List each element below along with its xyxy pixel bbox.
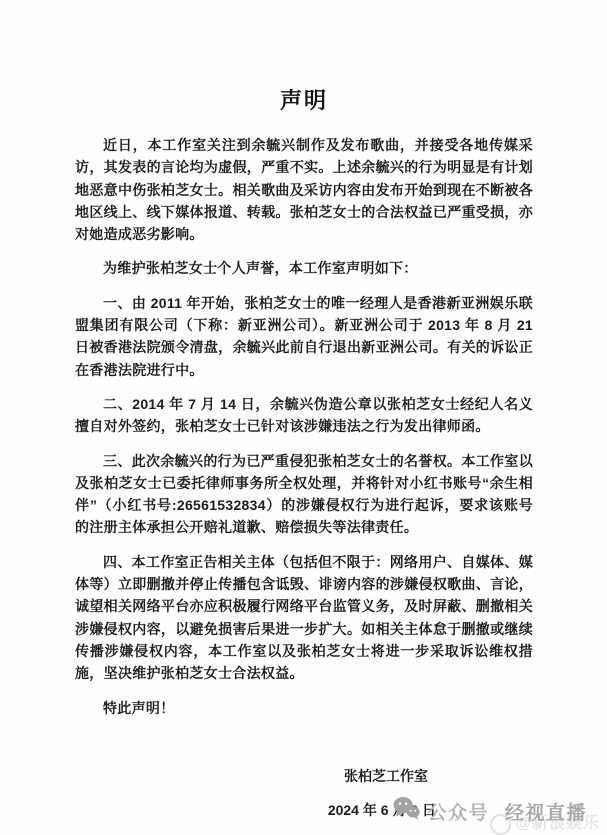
- statement-document-page: 声明 近日，本工作室关注到余毓兴制作及发布歌曲，并接受各地传媒采访，其发表的言论…: [0, 0, 607, 835]
- paragraph-item-4: 四、本工作室正告相关主体（包括但不限于：网络用户、自媒体、媒体等）立即删撤并停止…: [75, 551, 533, 685]
- paragraph-item-3: 三、此次余毓兴的行为已严重侵犯张柏芝女士的名誉权。本工作室以及张柏芝女士已委托律…: [75, 450, 533, 539]
- paragraph-preface: 为维护张柏芝女士个人声誉，本工作室声明如下：: [75, 257, 533, 279]
- paragraph-intro: 近日，本工作室关注到余毓兴制作及发布歌曲，并接受各地传媒采访，其发表的言论均为虚…: [75, 134, 533, 245]
- watermark-account: 经视直播: [505, 798, 587, 825]
- paragraph-item-2: 二、2014 年 7 月 14 日，余毓兴伪造公章以张柏芝女士经纪人名义擅自对外…: [75, 393, 533, 438]
- watermark-label: 公众号: [427, 798, 489, 825]
- wechat-icon: [393, 796, 420, 826]
- document-title: 声明: [75, 84, 533, 115]
- paragraph-item-1: 一、由 2011 年开始，张柏芝女士的唯一经理人是香港新亚洲娱乐联盟集团有限公司…: [75, 292, 533, 381]
- signature-name: 张柏芝工作室: [75, 765, 533, 787]
- watermark: 公众号 经视直播: [393, 796, 587, 826]
- document-content: 声明 近日，本工作室关注到余毓兴制作及发布歌曲，并接受各地传媒采访，其发表的言论…: [0, 0, 607, 821]
- paragraph-closing: 特此声明！: [75, 697, 533, 719]
